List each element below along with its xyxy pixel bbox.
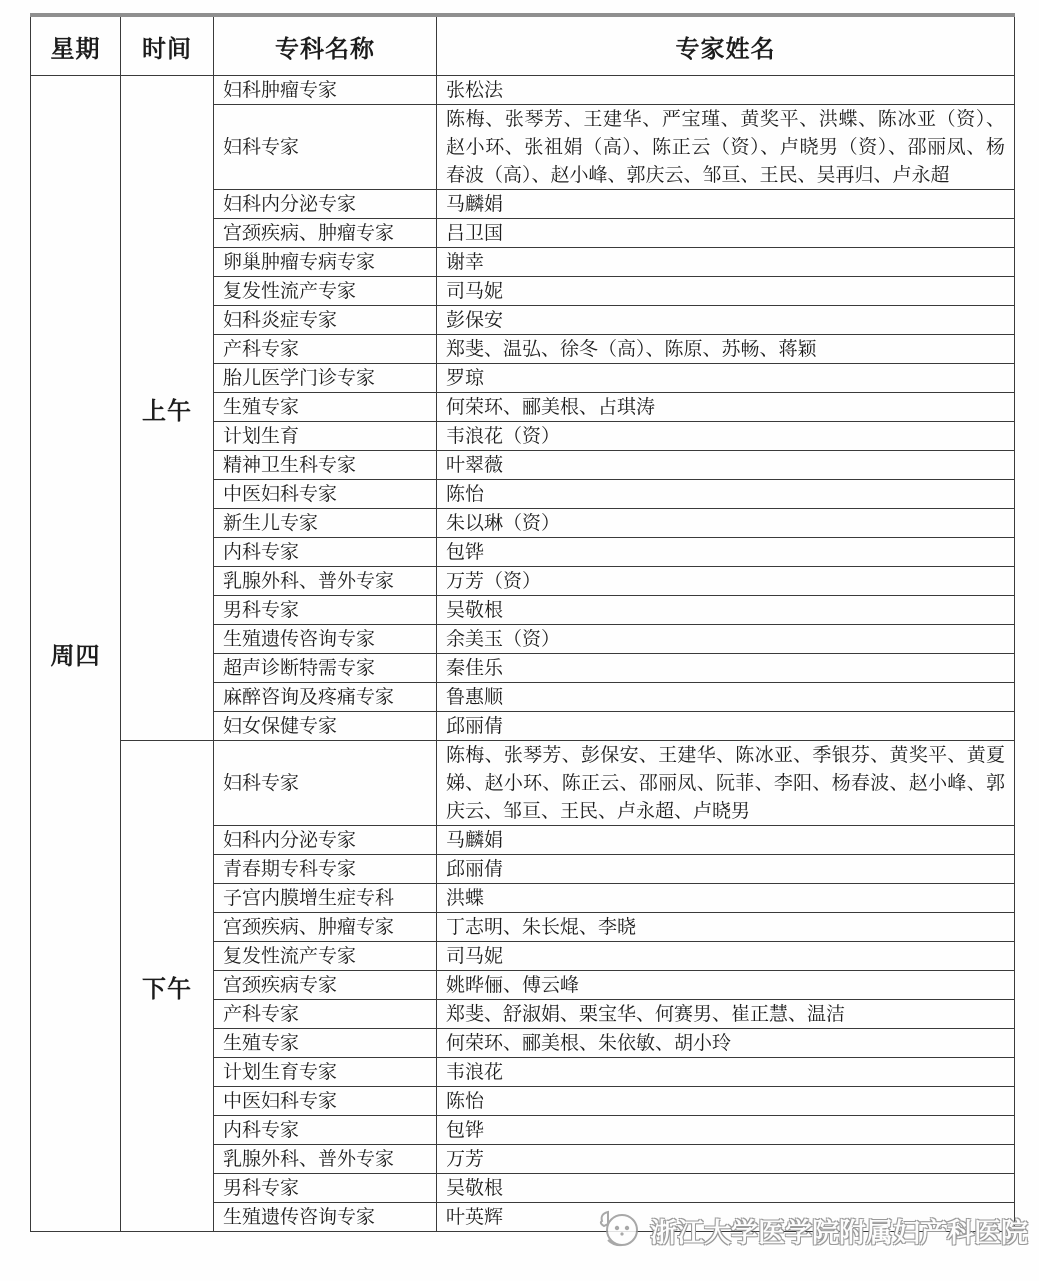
table-row: 下午妇科专家陈梅、张琴芳、彭保安、王建华、陈冰亚、季银芬、黄奖平、黄夏娣、赵小环… [31,741,1015,826]
specialty-cell: 宫颈疾病、肿瘤专家 [214,219,437,248]
experts-cell: 吴敬根 [437,1174,1015,1203]
schedule-page: 星期 时间 专科名称 专家姓名 周四上午妇科肿瘤专家张松法妇科专家陈梅、张琴芳、… [0,0,1039,1281]
specialty-cell: 生殖专家 [214,1029,437,1058]
specialty-cell: 新生儿专家 [214,509,437,538]
specialty-cell: 生殖遗传咨询专家 [214,625,437,654]
specialty-cell: 计划生育专家 [214,1058,437,1087]
specialty-cell: 乳腺外科、普外专家 [214,1145,437,1174]
specialty-cell: 内科专家 [214,538,437,567]
day-cell: 周四 [31,76,121,1232]
specialty-cell: 胎儿医学门诊专家 [214,364,437,393]
time-cell: 下午 [121,741,214,1232]
experts-cell: 吴敬根 [437,596,1015,625]
schedule-table: 星期 时间 专科名称 专家姓名 周四上午妇科肿瘤专家张松法妇科专家陈梅、张琴芳、… [30,13,1015,1232]
experts-cell: 吕卫国 [437,219,1015,248]
experts-cell: 包铧 [437,538,1015,567]
specialty-cell: 产科专家 [214,1000,437,1029]
table-row: 周四上午妇科肿瘤专家张松法 [31,76,1015,105]
experts-cell: 万芳（资） [437,567,1015,596]
schedule-body: 周四上午妇科肿瘤专家张松法妇科专家陈梅、张琴芳、王建华、严宝瑾、黄奖平、洪蝶、陈… [31,76,1015,1232]
experts-cell: 郑斐、舒淑娟、栗宝华、何赛男、崔正慧、温洁 [437,1000,1015,1029]
specialty-cell: 复发性流产专家 [214,277,437,306]
specialty-cell: 妇科内分泌专家 [214,190,437,219]
specialty-cell: 麻醉咨询及疼痛专家 [214,683,437,712]
experts-cell: 包铧 [437,1116,1015,1145]
specialty-cell: 超声诊断特需专家 [214,654,437,683]
specialty-cell: 乳腺外科、普外专家 [214,567,437,596]
experts-cell: 朱以琳（资） [437,509,1015,538]
experts-cell: 邱丽倩 [437,712,1015,741]
experts-cell: 秦佳乐 [437,654,1015,683]
specialty-cell: 青春期专科专家 [214,855,437,884]
specialty-cell: 子宫内膜增生症专科 [214,884,437,913]
experts-cell: 何荣环、郦美根、朱依敏、胡小玲 [437,1029,1015,1058]
specialty-cell: 中医妇科专家 [214,1087,437,1116]
experts-cell: 彭保安 [437,306,1015,335]
experts-cell: 洪蝶 [437,884,1015,913]
specialty-cell: 生殖遗传咨询专家 [214,1203,437,1232]
experts-cell: 陈梅、张琴芳、王建华、严宝瑾、黄奖平、洪蝶、陈冰亚（资）、赵小环、张祖娟（高）、… [437,105,1015,190]
experts-cell: 叶翠薇 [437,451,1015,480]
header-experts: 专家姓名 [437,15,1015,76]
experts-cell: 罗琼 [437,364,1015,393]
specialty-cell: 生殖专家 [214,393,437,422]
specialty-cell: 妇科专家 [214,741,437,826]
experts-cell: 邱丽倩 [437,855,1015,884]
experts-cell: 陈梅、张琴芳、彭保安、王建华、陈冰亚、季银芬、黄奖平、黄夏娣、赵小环、陈正云、邵… [437,741,1015,826]
header-weekday: 星期 [31,15,121,76]
header-time: 时间 [121,15,214,76]
specialty-cell: 男科专家 [214,596,437,625]
specialty-cell: 复发性流产专家 [214,942,437,971]
experts-cell: 韦浪花（资） [437,422,1015,451]
experts-cell: 鲁惠顺 [437,683,1015,712]
experts-cell: 郑斐、温弘、徐冬（高）、陈原、苏畅、蒋颖 [437,335,1015,364]
experts-cell: 张松法 [437,76,1015,105]
experts-cell: 余美玉（资） [437,625,1015,654]
experts-cell: 陈怡 [437,480,1015,509]
experts-cell: 何荣环、郦美根、占琪涛 [437,393,1015,422]
specialty-cell: 妇科炎症专家 [214,306,437,335]
specialty-cell: 计划生育 [214,422,437,451]
experts-cell: 韦浪花 [437,1058,1015,1087]
experts-cell: 丁志明、朱长焜、李晓 [437,913,1015,942]
specialty-cell: 男科专家 [214,1174,437,1203]
specialty-cell: 宫颈疾病、肿瘤专家 [214,913,437,942]
specialty-cell: 内科专家 [214,1116,437,1145]
experts-cell: 马麟娟 [437,826,1015,855]
specialty-cell: 卵巢肿瘤专病专家 [214,248,437,277]
experts-cell: 万芳 [437,1145,1015,1174]
specialty-cell: 宫颈疾病专家 [214,971,437,1000]
experts-cell: 陈怡 [437,1087,1015,1116]
experts-cell: 司马妮 [437,942,1015,971]
experts-cell: 司马妮 [437,277,1015,306]
time-cell: 上午 [121,76,214,741]
specialty-cell: 中医妇科专家 [214,480,437,509]
experts-cell: 马麟娟 [437,190,1015,219]
specialty-cell: 妇科肿瘤专家 [214,76,437,105]
header-row: 星期 时间 专科名称 专家姓名 [31,15,1015,76]
specialty-cell: 妇女保健专家 [214,712,437,741]
specialty-cell: 妇科内分泌专家 [214,826,437,855]
experts-cell: 叶英辉 [437,1203,1015,1232]
header-specialty: 专科名称 [214,15,437,76]
specialty-cell: 精神卫生科专家 [214,451,437,480]
experts-cell: 谢幸 [437,248,1015,277]
specialty-cell: 产科专家 [214,335,437,364]
specialty-cell: 妇科专家 [214,105,437,190]
experts-cell: 姚晔俪、傅云峰 [437,971,1015,1000]
